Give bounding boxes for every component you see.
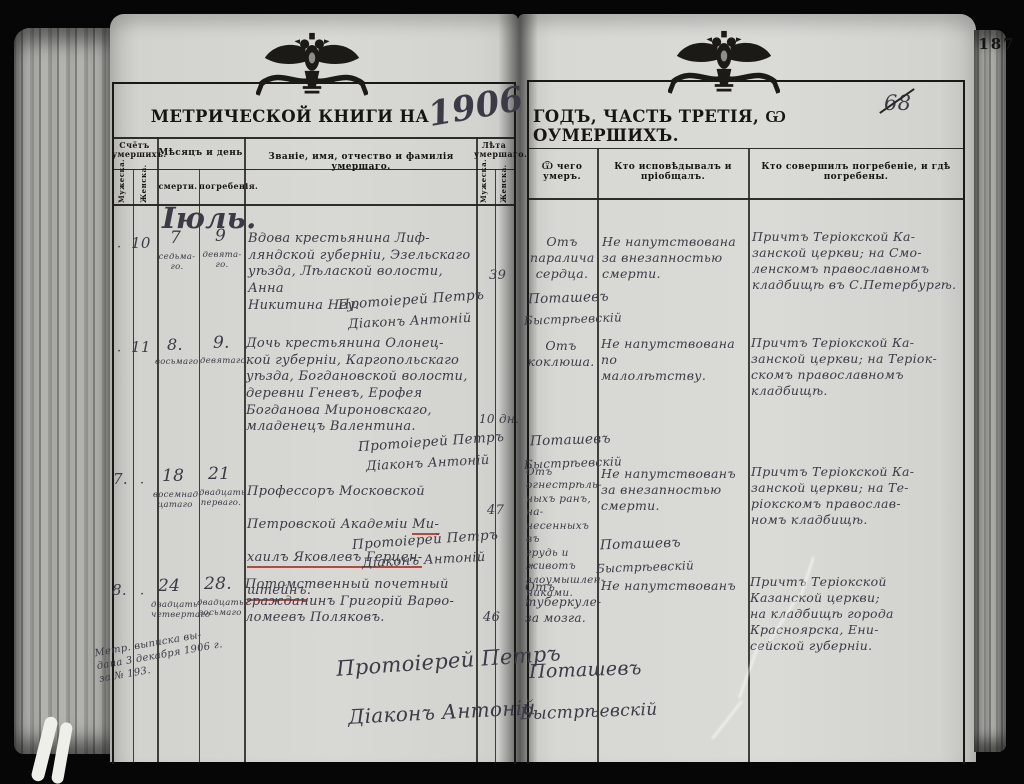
entry4-confession: Не напутствованъ	[601, 578, 747, 594]
col-header-count: Счётъ умершихъ.	[112, 141, 157, 159]
imperial-eagle-emblem-left	[256, 32, 368, 106]
left-col-line-3	[199, 169, 200, 762]
entry2-age: 10 дн.	[479, 412, 519, 427]
col-header-person: Званіе, имя, отчество и фамилія умершаго…	[250, 152, 472, 173]
entry2-death-day-word: восьмаго.	[155, 357, 199, 367]
entry4-count-female: ·	[140, 587, 144, 604]
left-col-line-6	[495, 169, 496, 762]
entry3-person-line1: Профессоръ Московской	[247, 484, 479, 501]
title-right: ГОДЪ, ЧАСТЬ ТРЕТІЯ, Ѡ ОУМЕРШИХЪ.	[533, 108, 923, 146]
entry4-burial-place: Причтъ Теріокской Казанской церкви; на к…	[750, 574, 960, 654]
entry3-death-day: 18	[162, 466, 184, 488]
entry1-burial-day: 9	[215, 226, 226, 248]
entry2-confession: Не напутствована по малолѣтству.	[601, 336, 749, 384]
entry2-burial-day-word: девятаго.	[200, 356, 244, 366]
entry4-burial-day-word: двадцать восьмаго	[197, 598, 243, 618]
title-left: МЕТРИЧЕСКОЙ КНИГИ НА	[150, 108, 430, 127]
entry1-sexton-signature-1: Поташевъ	[528, 289, 609, 309]
imperial-eagle-emblem-right	[668, 30, 780, 104]
entry3-burial-day-word: двадцать перваго.	[199, 488, 243, 508]
entry2-burial-day: 9.	[213, 333, 230, 355]
entry2-sexton-signature-1: Поташевъ	[530, 431, 611, 451]
left-header-top-rule	[112, 137, 514, 139]
entry4-death-day-word: двадцать четвертаго	[151, 600, 197, 620]
entry2-count-male: ·	[117, 344, 121, 361]
entry2-burial-place: Причтъ Теріокской Ка- занской церкви; на…	[751, 335, 961, 399]
col-subheader-age-female: Женска.	[499, 172, 508, 203]
entry3-count-female: ·	[140, 476, 144, 493]
entry2-person-name: Дочь крестьянина Олонец- кой губерніи, К…	[246, 336, 478, 436]
entry3-burial-day: 21	[208, 464, 230, 486]
entry2-death-day: 8.	[167, 335, 183, 355]
col-subheader-count-female: Женска.	[139, 172, 148, 203]
entry4-cause-of-death: Отъ туберкуле- за мозга.	[525, 580, 595, 626]
col-header-age: Лѣта умершаго.	[474, 141, 514, 159]
entry4-burial-day: 28.	[204, 574, 232, 596]
entry4-age: 46	[483, 610, 500, 627]
entry1-burial-place: Причтъ Теріокской Ка- занской церкви; на…	[752, 229, 962, 293]
entry3-sexton-signature-1: Поташевъ	[600, 535, 681, 555]
col-subheader-age-male: Мужеска.	[479, 172, 488, 203]
col-header-cause: Ѿ чего умеръ.	[527, 162, 597, 183]
col-header-date: Мѣсяцъ и день	[157, 148, 244, 158]
entry4-count-male: 8.	[112, 581, 127, 600]
entry1-death-day: 7	[170, 228, 181, 250]
entry1-confession: Не напутствована за внезапностью смерти.	[602, 234, 746, 282]
entry2-count-female: 11	[131, 338, 151, 357]
col-header-confession: Кто исповѣдывалъ и пріобщалъ.	[600, 162, 746, 183]
left-page-edges	[14, 28, 112, 754]
col-subheader-death: смерти.	[157, 182, 199, 191]
right-header-top-rule	[527, 148, 963, 149]
entry4-sexton-signature-1: Поташевъ	[529, 656, 642, 684]
entry2-cause-of-death: Отъ коклюша.	[527, 338, 595, 370]
entry1-death-day-word: седьма- го.	[156, 252, 198, 272]
entry1-count-male: ·	[117, 240, 121, 257]
entry3-death-day-word: восемнад- цатаго	[153, 490, 197, 510]
scanned-metrical-book-spread: 187	[0, 0, 1024, 784]
entry3-burial-place: Причтъ Теріокской Ка- занской церкви; на…	[751, 464, 961, 528]
entry1-cause-of-death: Отъ паралича сердца.	[530, 234, 594, 282]
col-subheader-burial: погребенія.	[199, 182, 244, 191]
entry1-age: 39	[489, 268, 506, 285]
page-number: 187	[975, 36, 1019, 53]
entry3-age: 47	[487, 503, 504, 520]
entry4-death-day: 24	[158, 576, 180, 598]
col-header-burial-officiant: Кто совершилъ погребеніе, и гдѣ погребен…	[752, 162, 960, 183]
entry1-burial-day-word: девята- го.	[201, 250, 243, 270]
right-page-edges	[974, 30, 1006, 752]
entry4-person-name: Потомственный почетный гражданинъ Григор…	[245, 577, 477, 627]
entry1-count-female: 10	[131, 234, 151, 253]
entry3-count-male: 7.	[113, 470, 128, 489]
col-subheader-count-male: Мужеска.	[117, 172, 126, 203]
entry3-confession: Не напутствованъ за внезапностью смерти.	[601, 466, 747, 514]
right-header-bottom-rule	[527, 198, 963, 200]
